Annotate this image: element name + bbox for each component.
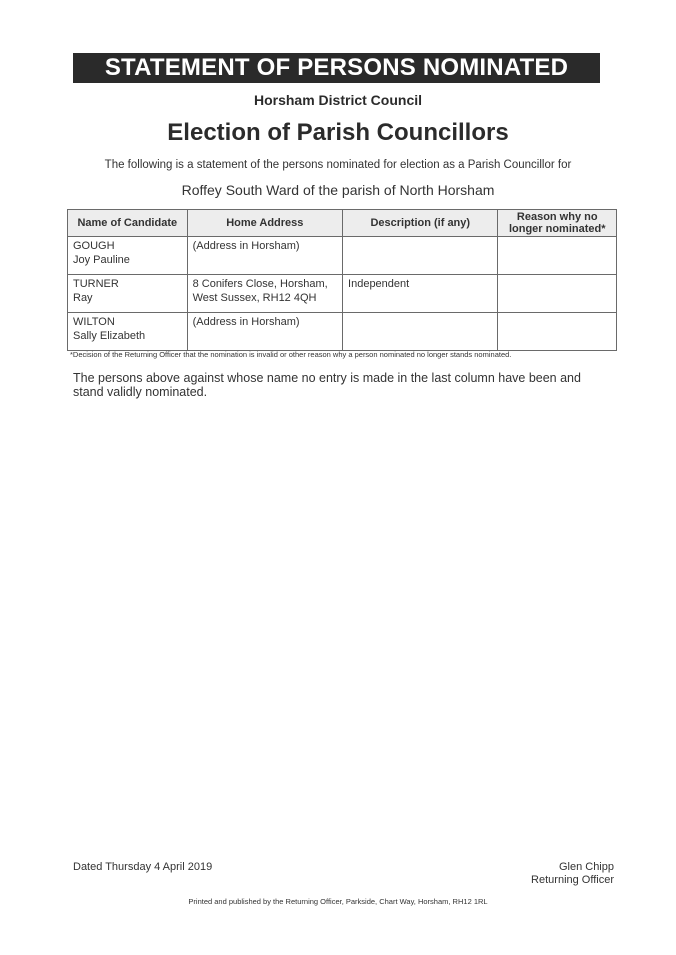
candidate-forenames: Joy Pauline [73, 253, 182, 267]
table-header-row: Name of Candidate Home Address Descripti… [68, 210, 617, 237]
imprint-line: Printed and published by the Returning O… [0, 897, 676, 906]
address-line-1: 8 Conifers Close, Horsham, [193, 277, 337, 291]
candidate-address-cell: (Address in Horsham) [187, 237, 342, 275]
address-line-1: (Address in Horsham) [193, 239, 337, 253]
ward-name: Roffey South Ward of the parish of North… [0, 182, 676, 198]
table-footnote: *Decision of the Returning Officer that … [70, 350, 511, 359]
document-banner-title: STATEMENT OF PERSONS NOMINATED [73, 53, 600, 83]
candidate-description-cell [343, 313, 498, 351]
dated-line: Dated Thursday 4 April 2019 [73, 861, 212, 873]
officer-name: Glen Chipp [531, 861, 614, 874]
column-header-address: Home Address [187, 210, 342, 237]
address-line-2: West Sussex, RH12 4QH [193, 291, 337, 305]
candidate-name-cell: WILTON Sally Elizabeth [68, 313, 188, 351]
table-row: GOUGH Joy Pauline (Address in Horsham) [68, 237, 617, 275]
validly-nominated-note: The persons above against whose name no … [73, 371, 613, 399]
candidate-address-cell: (Address in Horsham) [187, 313, 342, 351]
candidate-forenames: Ray [73, 291, 182, 305]
table-row: TURNER Ray 8 Conifers Close, Horsham, We… [68, 275, 617, 313]
candidate-forenames: Sally Elizabeth [73, 329, 182, 343]
council-name: Horsham District Council [0, 92, 676, 108]
candidate-description-cell: Independent [343, 275, 498, 313]
candidate-surname: WILTON [73, 315, 182, 329]
candidate-name-cell: TURNER Ray [68, 275, 188, 313]
candidate-surname: TURNER [73, 277, 182, 291]
candidates-table: Name of Candidate Home Address Descripti… [67, 209, 617, 351]
returning-officer-signature: Glen Chipp Returning Officer [531, 861, 614, 887]
officer-title: Returning Officer [531, 874, 614, 887]
table-row: WILTON Sally Elizabeth (Address in Horsh… [68, 313, 617, 351]
candidate-reason-cell [498, 313, 617, 351]
candidate-address-cell: 8 Conifers Close, Horsham, West Sussex, … [187, 275, 342, 313]
intro-text: The following is a statement of the pers… [0, 159, 676, 171]
candidate-reason-cell [498, 275, 617, 313]
candidate-surname: GOUGH [73, 239, 182, 253]
candidate-reason-cell [498, 237, 617, 275]
candidate-description-cell [343, 237, 498, 275]
address-line-1: (Address in Horsham) [193, 315, 337, 329]
column-header-description: Description (if any) [343, 210, 498, 237]
election-title: Election of Parish Councillors [0, 119, 676, 147]
column-header-name: Name of Candidate [68, 210, 188, 237]
column-header-reason: Reason why no longer nominated* [498, 210, 617, 237]
candidate-name-cell: GOUGH Joy Pauline [68, 237, 188, 275]
